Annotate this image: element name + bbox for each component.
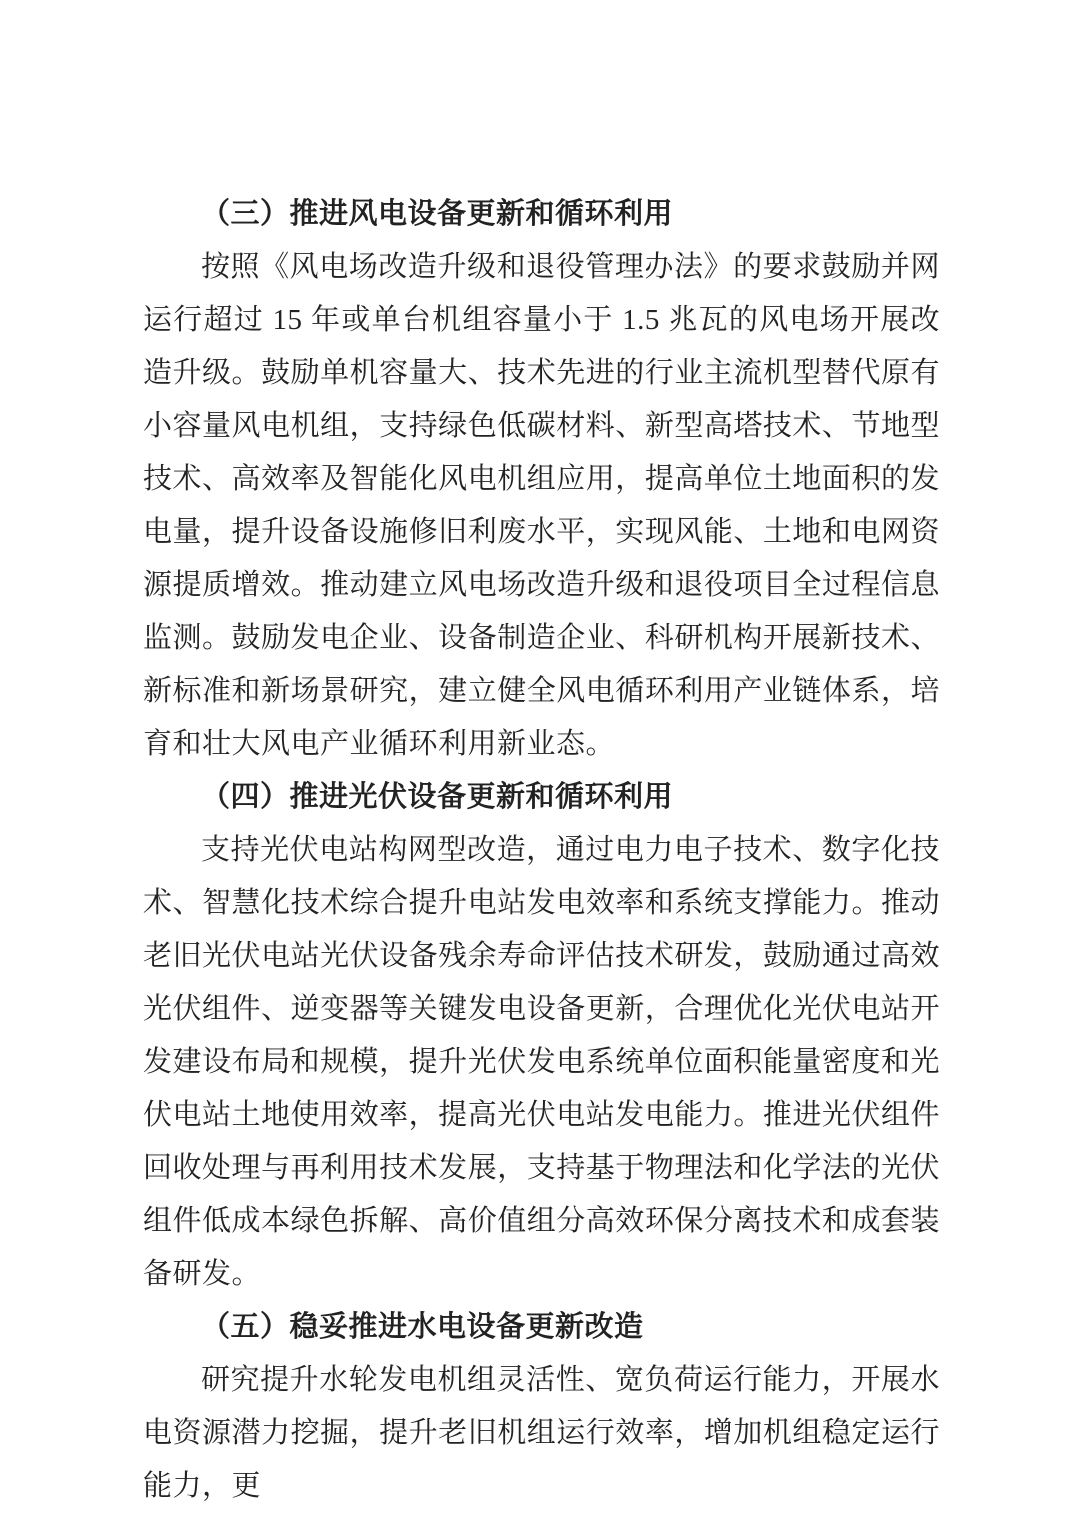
section-heading-hydro: （五）稳妥推进水电设备更新改造 xyxy=(143,1301,940,1354)
section-hydro-power: （五）稳妥推进水电设备更新改造 研究提升水轮发电机组灵活性、宽负荷运行能力，开展… xyxy=(143,1301,940,1513)
section-paragraph-wind: 按照《风电场改造升级和退役管理办法》的要求鼓励并网运行超过 15 年或单台机组容… xyxy=(143,241,940,771)
section-paragraph-solar: 支持光伏电站构网型改造，通过电力电子技术、数字化技术、智慧化技术综合提升电站发电… xyxy=(143,824,940,1301)
section-paragraph-hydro: 研究提升水轮发电机组灵活性、宽负荷运行能力，开展水电资源潜力挖掘，提升老旧机组运… xyxy=(143,1354,940,1513)
section-wind-power: （三）推进风电设备更新和循环利用 按照《风电场改造升级和退役管理办法》的要求鼓励… xyxy=(143,188,940,771)
section-heading-solar: （四）推进光伏设备更新和循环利用 xyxy=(143,771,940,824)
section-solar-power: （四）推进光伏设备更新和循环利用 支持光伏电站构网型改造，通过电力电子技术、数字… xyxy=(143,771,940,1301)
document-page: （三）推进风电设备更新和循环利用 按照《风电场改造升级和退役管理办法》的要求鼓励… xyxy=(0,0,1080,1527)
document-text-block: （三）推进风电设备更新和循环利用 按照《风电场改造升级和退役管理办法》的要求鼓励… xyxy=(143,188,940,1513)
section-heading-wind: （三）推进风电设备更新和循环利用 xyxy=(143,188,940,241)
